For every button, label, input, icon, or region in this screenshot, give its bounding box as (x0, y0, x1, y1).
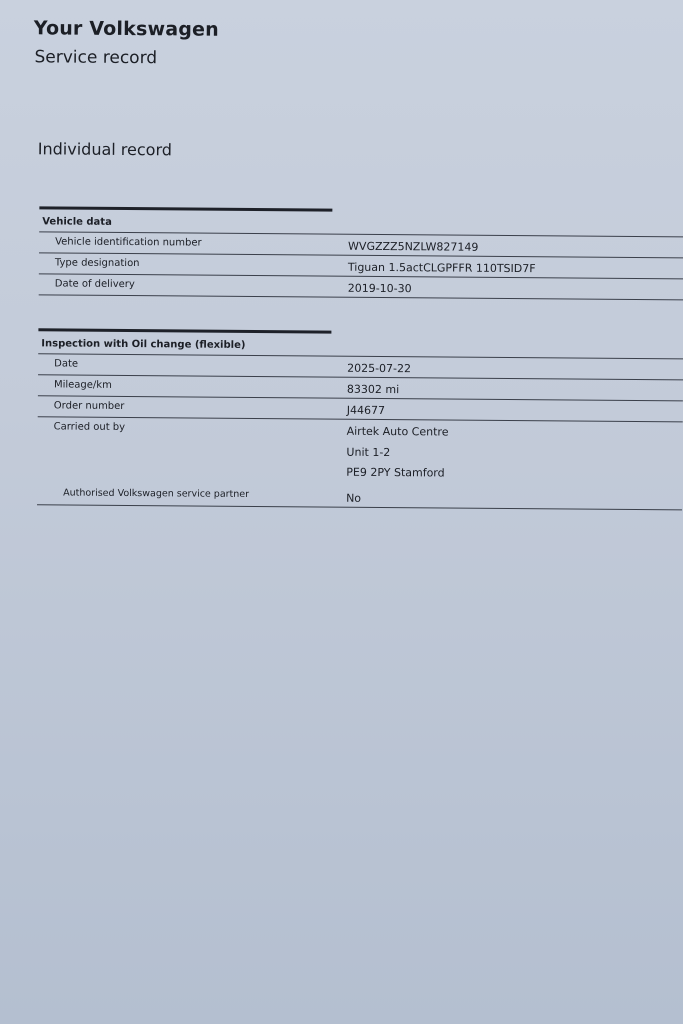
row-label: Order number (38, 396, 335, 418)
vin-value: WVGZZZ5NZLW827149 (336, 235, 478, 256)
row-label: Type designation (39, 253, 336, 275)
row-label: Authorised Volkswagen service partner (37, 484, 334, 506)
carried-out-by-value: Airtek Auto Centre Unit 1-2 PE9 2PY Stam… (334, 420, 448, 487)
address-line: Unit 1-2 (346, 445, 448, 466)
row-label: Mileage/km (38, 375, 335, 397)
table-row: Carried out by Airtek Auto Centre Unit 1… (37, 417, 683, 489)
inspection-date-value: 2025-07-22 (335, 357, 411, 378)
inspection-section: Inspection with Oil change (flexible) Da… (37, 328, 683, 510)
brand-title: Your Volkswagen (34, 17, 219, 40)
document-subtitle: Service record (34, 47, 157, 68)
section-heading: Individual record (38, 139, 172, 159)
row-label: Vehicle identification number (39, 232, 336, 254)
mileage-value: 83302 mi (335, 378, 399, 399)
authorised-partner-value: No (334, 486, 361, 506)
address-line: PE9 2PY Stamford (346, 466, 448, 487)
row-label: Date (38, 354, 335, 376)
type-designation-value: Tiguan 1.5actCLGPFFR 110TSID7F (336, 256, 536, 278)
vehicle-data-section: Vehicle data Vehicle identification numb… (39, 206, 683, 300)
service-record-page: Your Volkswagen Service record Individua… (0, 0, 683, 1024)
address-line: Airtek Auto Centre (347, 425, 449, 446)
row-label: Carried out by (37, 417, 335, 486)
delivery-date-value: 2019-10-30 (336, 277, 412, 298)
table-row: Date of delivery 2019-10-30 (39, 274, 683, 300)
table-row: Authorised Volkswagen service partner No (37, 484, 682, 510)
row-label: Date of delivery (39, 274, 336, 296)
order-number-value: J44677 (335, 399, 385, 419)
